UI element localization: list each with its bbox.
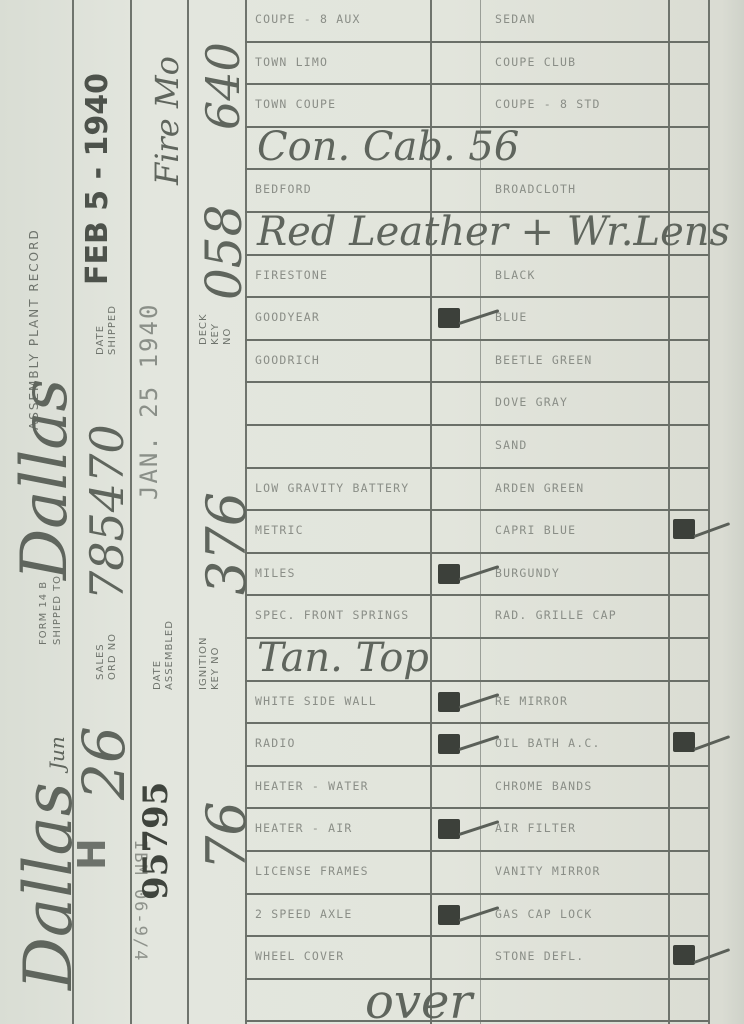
check-tail-icon [459, 309, 500, 325]
ignition-key-label: IGNITION KEY NO [198, 640, 222, 690]
handwritten-note: Tan. Top [257, 635, 429, 681]
date-assembled-label: DATE ASSEMBLED [152, 610, 176, 690]
handwritten-note: Con. Cab. 56 [257, 124, 519, 170]
option-right-label: SAND [495, 438, 528, 452]
check-tail-icon [693, 522, 730, 538]
option-left-label: GOODYEAR [255, 310, 320, 324]
option-left-label: TOWN LIMO [255, 55, 328, 69]
date-assembled-value: JAN. 25 1940 [135, 303, 163, 500]
option-right-label: BLACK [495, 268, 536, 282]
handwritten-note: over [365, 974, 472, 1024]
option-right-label: BEETLE GREEN [495, 353, 592, 367]
handwritten-note: Red Leather + Wr.Lens [257, 209, 730, 255]
option-right-label: CHROME BANDS [495, 779, 592, 793]
table-row: TOWN LIMOCOUPE CLUB [245, 41, 709, 84]
check-tail-icon [459, 906, 500, 922]
table-row: 2 SPEED AXLEGAS CAP LOCK [245, 893, 709, 936]
check-mark-icon[interactable] [673, 732, 695, 752]
check-tail-icon [459, 735, 500, 751]
table-row: HEATER - WATERCHROME BANDS [245, 765, 709, 808]
option-left-label: BEDFORD [255, 182, 312, 196]
table-row: RADIOOIL BATH A.C. [245, 722, 709, 765]
option-right-label: COUPE - 8 STD [495, 97, 601, 111]
option-left-label: LICENSE FRAMES [255, 864, 369, 878]
check-mark-icon[interactable] [438, 905, 460, 925]
option-right-label: BLUE [495, 310, 528, 324]
form-label: FORM 14 B [38, 581, 50, 645]
check-tail-icon [459, 693, 500, 709]
table-row: BEDFORDBROADCLOTH [245, 168, 709, 211]
check-mark-icon[interactable] [438, 692, 460, 712]
handwritten-row: Red Leather + Wr.Lens [245, 211, 709, 254]
fire-mo-note: Fire Mo [148, 56, 186, 185]
check-mark-icon[interactable] [673, 945, 695, 965]
table-row: GOODRICHBEETLE GREEN [245, 339, 709, 382]
table-row: DOVE GRAY [245, 381, 709, 424]
option-right-label: STONE DEFL. [495, 949, 584, 963]
deck-key-label: DECK KEY NO [198, 305, 234, 345]
ignition-key-value: 376 [195, 492, 258, 595]
option-right-label: CAPRI BLUE [495, 523, 576, 537]
check-tail-icon [693, 735, 730, 751]
option-right-label: DOVE GRAY [495, 395, 568, 409]
check-tail-icon [693, 948, 730, 964]
serial-number: 95795 [136, 782, 176, 900]
option-left-label: GOODRICH [255, 353, 320, 367]
option-left-label: FIRESTONE [255, 268, 328, 282]
ignition-extra-value: 76 [195, 801, 258, 870]
option-right-label: AIR FILTER [495, 821, 576, 835]
table-row: METRICCAPRI BLUE [245, 509, 709, 552]
table-row: WHEEL COVERSTONE DEFL. [245, 935, 709, 978]
shipped-to-label: SHIPPED TO [52, 575, 64, 645]
table-row: TOWN COUPECOUPE - 8 STD [245, 83, 709, 126]
option-left-label: HEATER - AIR [255, 821, 352, 835]
table-row: GOODYEARBLUE [245, 296, 709, 339]
option-left-label: COUPE - 8 AUX [255, 12, 361, 26]
option-left-label: METRIC [255, 523, 304, 537]
option-right-label: RE MIRROR [495, 694, 568, 708]
handwritten-row: Con. Cab. 56 [245, 126, 709, 169]
check-mark-icon[interactable] [438, 564, 460, 584]
option-left-label: WHITE SIDE WALL [255, 694, 377, 708]
check-mark-icon[interactable] [673, 519, 695, 539]
option-right-label: SEDAN [495, 12, 536, 26]
table-row: SPEC. FRONT SPRINGSRAD. GRILLE CAP [245, 594, 709, 637]
table-row: MILESBURGUNDY [245, 552, 709, 595]
option-right-label: RAD. GRILLE CAP [495, 608, 617, 622]
handwritten-row: over [245, 978, 709, 1021]
sales-ord-label: SALES ORD NO [95, 620, 119, 680]
table-row: SAND [245, 424, 709, 467]
option-right-label: GAS CAP LOCK [495, 907, 592, 921]
option-left-label: RADIO [255, 736, 296, 750]
option-left-label: HEATER - WATER [255, 779, 369, 793]
table-row: FIRESTONEBLACK [245, 254, 709, 297]
date-shipped-label: DATE SHIPPED [95, 295, 119, 355]
option-right-label: COUPE CLUB [495, 55, 576, 69]
option-left-label: LOW GRAVITY BATTERY [255, 481, 409, 495]
option-left-label: MILES [255, 566, 296, 580]
option-right-label: ARDEN GREEN [495, 481, 584, 495]
table-row: HEATER - AIRAIR FILTER [245, 807, 709, 850]
dealer-small-note: Jun [45, 736, 69, 770]
option-left-label: WHEEL COVER [255, 949, 344, 963]
table-row: LICENSE FRAMESVANITY MIRROR [245, 850, 709, 893]
check-mark-icon[interactable] [438, 308, 460, 328]
option-right-label: OIL BATH A.C. [495, 736, 601, 750]
check-tail-icon [459, 565, 500, 581]
table-row: COUPE - 8 AUXSEDAN [245, 0, 709, 41]
check-mark-icon[interactable] [438, 734, 460, 754]
dealer-signature: Dallas [10, 782, 87, 990]
option-right-label: BURGUNDY [495, 566, 560, 580]
date-shipped-stamp: FEB 5 - 1940 [80, 73, 115, 285]
option-left-label: TOWN COUPE [255, 97, 336, 111]
check-tail-icon [459, 820, 500, 836]
option-right-label: VANITY MIRROR [495, 864, 601, 878]
table-row: LOW GRAVITY BATTERYARDEN GREEN [245, 467, 709, 510]
handwritten-row: Tan. Top [245, 637, 709, 680]
shipped-to-value: Dallas [8, 379, 82, 580]
assembly-plant-record-card: COUPE - 8 AUXSEDANTOWN LIMOCOUPE CLUBTOW… [0, 0, 744, 1024]
option-left-label: 2 SPEED AXLE [255, 907, 352, 921]
rule-date-col [187, 0, 189, 1024]
deck-key-value: 058 [195, 205, 253, 300]
option-right-label: BROADCLOTH [495, 182, 576, 196]
table-row: WHITE SIDE WALLRE MIRROR [245, 680, 709, 723]
fire-mo-value: 640 [196, 42, 250, 130]
check-mark-icon[interactable] [438, 819, 460, 839]
sales-ord-value: 785470 [80, 424, 134, 600]
option-left-label: SPEC. FRONT SPRINGS [255, 608, 409, 622]
